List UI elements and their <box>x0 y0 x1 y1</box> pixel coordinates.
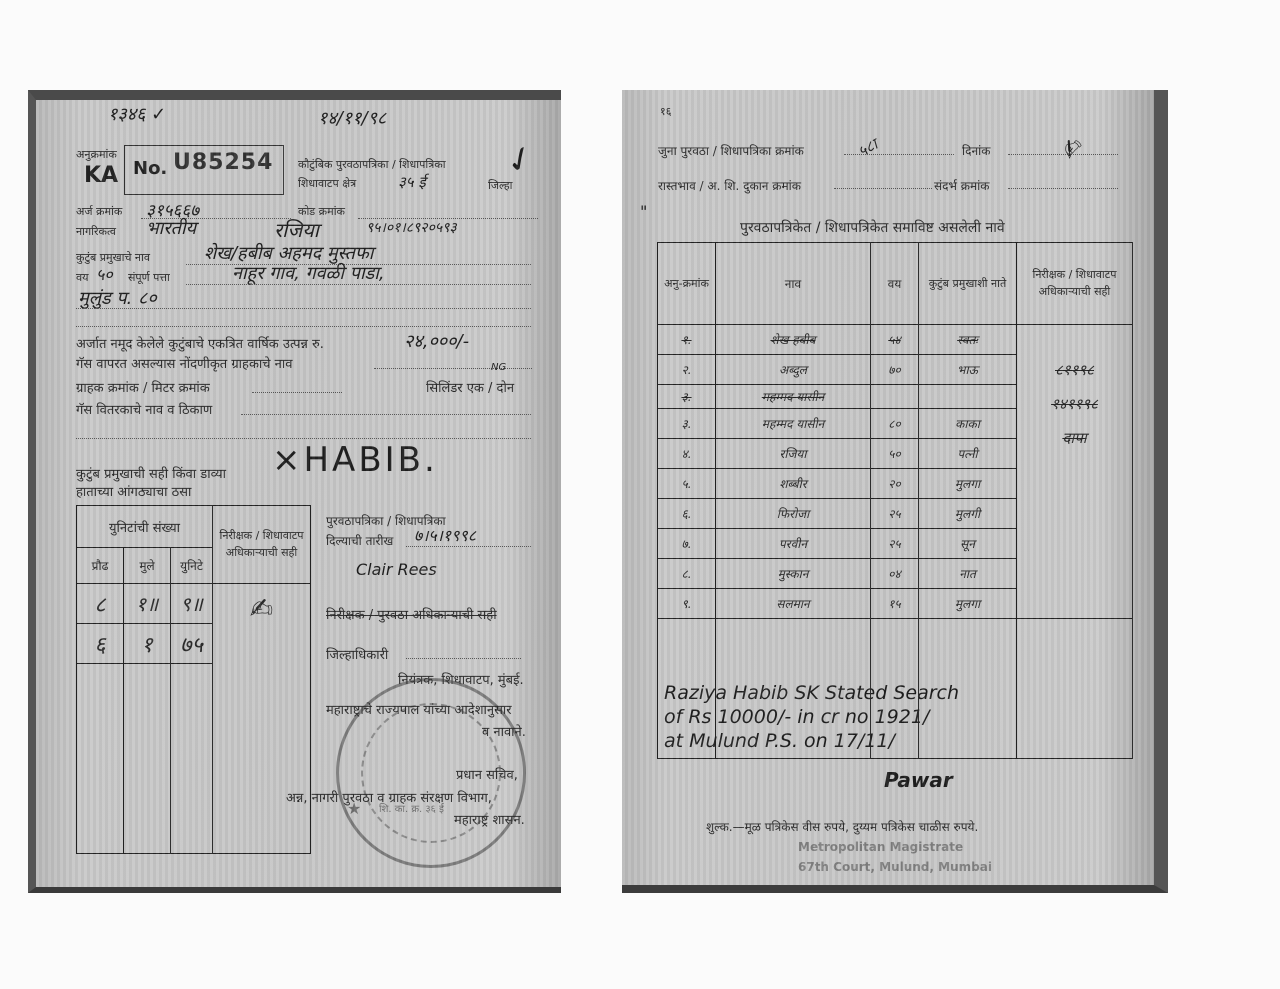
issue-date-label-2: दिल्याची तारीख <box>326 532 393 549</box>
member-name: रजिया <box>716 439 871 469</box>
official-signature-mark: ✓ <box>499 136 542 184</box>
dotted-line <box>76 438 531 439</box>
fee-note: शुल्क.—मूळ पत्रिकेस वीस रुपये, दुय्यम पत… <box>706 818 978 835</box>
date-label: दिनांक <box>962 142 990 159</box>
cylinder-label: सिलिंडर एक / दोन <box>426 378 514 396</box>
head-signature: ×HABIB. <box>272 440 438 480</box>
handwritten-serial: १३४६ ✓ <box>108 102 166 126</box>
adults-value: ८ <box>77 584 124 624</box>
units-table: युनिटांची संख्या निरीक्षक / शिधावाटप अधि… <box>76 505 311 854</box>
series-code: KA <box>84 163 118 188</box>
member-age: २५ <box>871 529 919 559</box>
units-value: ९॥ <box>171 584 213 624</box>
margin-mark: " <box>640 202 647 221</box>
col-children: मुले <box>124 548 171 584</box>
government-name: महाराष्ट्र शासन. <box>454 810 525 828</box>
dotted-line <box>241 414 531 415</box>
member-serial: ६. <box>658 499 716 529</box>
age-value: ५० <box>96 263 113 285</box>
inspector-signatures-cell: ८११९८ १४११९८ दापा <box>1017 325 1133 619</box>
card-no-value: U85254 <box>173 150 273 175</box>
member-name: परवीन <box>716 529 871 559</box>
card-number-box: No. U85254 <box>124 145 284 195</box>
dotted-line <box>76 308 531 309</box>
empty-cell <box>1017 619 1133 759</box>
principal-secretary: प्रधान सचिव, <box>456 765 518 783</box>
member-serial: ४. <box>658 439 716 469</box>
citizenship-label: नागरिकत्व <box>76 224 116 239</box>
member-name: महम्मद यासीन <box>716 385 871 409</box>
member-serial: ९. <box>658 589 716 619</box>
member-relation: मुलगा <box>919 589 1017 619</box>
collector-label: जिल्हाधिकारी <box>326 645 388 663</box>
units-value: ७५ <box>171 624 213 664</box>
col-inspector-signature: निरीक्षक / शिधावाटप अधिकाऱ्याची सही <box>1017 243 1133 325</box>
member-serial: १. <box>658 325 716 355</box>
address-line-2: मुलुंड प. ८० <box>78 286 157 310</box>
col-units: युनिटे <box>171 548 213 584</box>
handwritten-code: १४/११/९८ <box>318 106 386 130</box>
dotted-line <box>252 392 342 393</box>
member-age: २५ <box>871 499 919 529</box>
issuer-signature: Clair Rees <box>356 560 437 579</box>
member-name: महम्मद यासीन <box>716 409 871 439</box>
units-header: युनिटांची संख्या <box>77 506 213 548</box>
children-value: १ <box>124 624 171 664</box>
gas-distributor-label: गॅस वितरकाचे नाव व ठिकाण <box>76 400 212 418</box>
extra-name-value: रजिया <box>274 216 319 243</box>
ration-area-value: ३५ ई <box>398 172 426 192</box>
signature-note: दापा <box>1017 421 1132 455</box>
adults-value: ६ <box>77 624 124 664</box>
member-relation: सून <box>919 529 1017 559</box>
court-stamp-line-1: Metropolitan Magistrate <box>798 840 963 854</box>
member-relation: भाऊ <box>919 355 1017 385</box>
signature-mark: ✍ <box>1055 131 1089 165</box>
member-serial: ८. <box>658 559 716 589</box>
ration-card-front-page: १३४६ ✓ १४/११/९८ अनुक्रमांक KA No. U85254… <box>28 90 561 893</box>
inspector-sign-label: निरीक्षक / पुरवठा अधिकाऱ्याची सही <box>326 605 497 623</box>
dotted-line <box>406 658 521 659</box>
application-no-label: अर्ज क्रमांक <box>76 204 122 219</box>
signature-note: १४११९८ <box>1017 387 1132 421</box>
reference-label: संदर्भ क्रमांक <box>934 177 989 194</box>
member-row: १. शेख हबीब ५४ स्वतः ८११९८ १४११९८ दापा <box>658 325 1133 355</box>
member-age: ७० <box>871 355 919 385</box>
member-age: ५० <box>871 439 919 469</box>
member-relation: मुलगा <box>919 469 1017 499</box>
member-serial: ३. <box>658 409 716 439</box>
note-signature: Pawar <box>884 768 953 792</box>
family-card-label: कौटुंबिक पुरवठापत्रिका / शिधापत्रिका <box>298 157 446 172</box>
member-serial: ३. <box>658 385 716 409</box>
consumer-meter-label: ग्राहक क्रमांक / मिटर क्रमांक <box>76 378 210 396</box>
col-relation: कुटुंब प्रमुखाशी नाते <box>919 243 1017 325</box>
cylinder-note: NG <box>491 362 506 373</box>
english-note-line-1: Raziya Habib SK Stated Search <box>664 682 959 704</box>
empty-cell <box>124 664 171 854</box>
signature-note: ८११९८ <box>1017 353 1132 387</box>
page-number: १६ <box>660 104 671 119</box>
address-label: संपूर्ण पत्ता <box>128 270 170 285</box>
issue-date-value: ७।५।१९९८ <box>414 524 476 546</box>
children-value: १॥ <box>124 584 171 624</box>
member-name: मुस्कान <box>716 559 871 589</box>
age-label: वय <box>76 270 89 285</box>
ration-area-label: शिधावाटप क्षेत्र <box>298 176 356 191</box>
member-age: १५ <box>871 589 919 619</box>
member-name: शब्बीर <box>716 469 871 499</box>
member-relation: नात <box>919 559 1017 589</box>
dotted-line <box>406 546 531 547</box>
inspector-signature: ✍ <box>213 584 311 854</box>
member-relation: पत्नी <box>919 439 1017 469</box>
citizenship-value: भारतीय <box>146 216 196 240</box>
member-serial: ५. <box>658 469 716 499</box>
member-relation: मुलगी <box>919 499 1017 529</box>
member-age: ५४ <box>871 325 919 355</box>
code-no-value: ९५।०१।८९२०५९३ <box>366 218 457 237</box>
dotted-line <box>1008 188 1118 189</box>
member-serial: २. <box>658 355 716 385</box>
head-name-label: कुटुंब प्रमुखाचे नाव <box>76 250 150 265</box>
english-note-line-3: at Mulund P.S. on 17/11/ <box>664 730 895 752</box>
income-value: २४,०००/- <box>404 329 469 353</box>
member-serial: ७. <box>658 529 716 559</box>
department-name: अन्न, नागरी पुरवठा व ग्राहक संरक्षण विभा… <box>286 788 492 806</box>
member-age: २० <box>871 469 919 499</box>
income-label: अर्जात नमूद केलेले कुटुंबाचे एकत्रित वार… <box>76 334 324 352</box>
member-age: ०४ <box>871 559 919 589</box>
dotted-line <box>834 188 932 189</box>
dotted-line <box>76 326 531 327</box>
member-name: सलमान <box>716 589 871 619</box>
signature-label-line-1: कुटुंब प्रमुखाची सही किंवा डाव्या <box>76 464 226 482</box>
court-stamp-line-2: 67th Court, Mulund, Mumbai <box>798 860 992 874</box>
member-age <box>871 385 919 409</box>
members-table-title: पुरवठापत्रिकेत / शिधापत्रिकेत समाविष्ट अ… <box>740 218 1005 237</box>
governor-order-line-2: व नावाने. <box>482 722 526 740</box>
district-label: जिल्हा <box>488 178 512 193</box>
col-name: नाव <box>716 243 871 325</box>
col-adults: प्रौढ <box>77 548 124 584</box>
member-relation: स्वतः <box>919 325 1017 355</box>
address-line-1: नाहूर गाव, गवळी पाडा, <box>232 261 385 285</box>
shop-label: रास्तभाव / अ. शि. दुकान क्रमांक <box>658 177 801 194</box>
old-card-label: जुना पुरवठा / शिधापत्रिका क्रमांक <box>658 142 804 159</box>
signature-label-line-2: हाताच्या आंगठ्याचा ठसा <box>76 482 191 500</box>
english-note-line-2: of Rs 10000/- in cr no 1921/ <box>664 706 929 728</box>
member-relation: काका <box>919 409 1017 439</box>
member-name: फिरोजा <box>716 499 871 529</box>
handwritten-mark: ५८ा <box>854 134 881 161</box>
member-name: अब्दुल <box>716 355 871 385</box>
dotted-line <box>186 284 531 285</box>
card-no-label: No. <box>133 158 167 179</box>
serial-label: अनुक्रमांक <box>76 147 117 162</box>
member-age: ८० <box>871 409 919 439</box>
gas-consumer-label: गॅस वापरत असल्यास नोंदणीकृत ग्राहकाचे ना… <box>76 354 293 372</box>
inspector-signature-header: निरीक्षक / शिधावाटप अधिकाऱ्याची सही <box>213 506 311 584</box>
col-serial: अनु-क्रमांक <box>658 243 716 325</box>
empty-cell <box>171 664 213 854</box>
member-name: शेख हबीब <box>716 325 871 355</box>
governor-order-line-1: महाराष्ट्राचे राज्यपाल यांच्या आदेशानुसा… <box>326 700 512 718</box>
empty-cell <box>77 664 124 854</box>
col-age: वय <box>871 243 919 325</box>
member-relation <box>919 385 1017 409</box>
dotted-line <box>374 368 532 369</box>
ration-card-members-page: १६ जुना पुरवठा / शिधापत्रिका क्रमांक ५८ा… <box>622 90 1168 893</box>
